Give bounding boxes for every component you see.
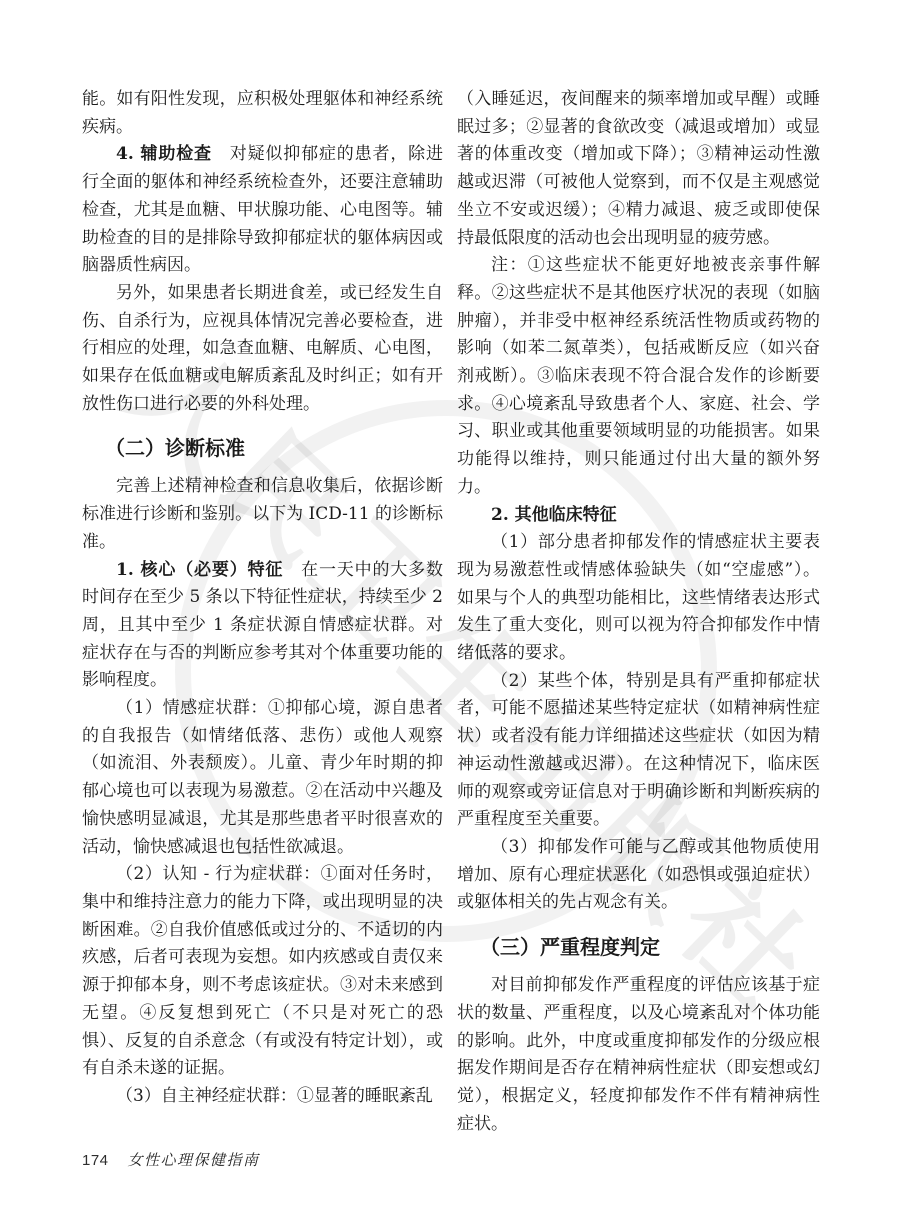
page-number: 174 — [82, 1152, 109, 1169]
text-run: 能。如有阳性发现，应积极处理躯体和神经系统疾病。 — [82, 89, 443, 137]
paragraph: 完善上述精神检查和信息收集后，依据诊断标准进行诊断和鉴别。以下为 ICD-11 … — [82, 473, 443, 556]
paragraph: 注：①这些症状不能更好地被丧亲事件解释。②这些症状不是其他医疗状况的表现（如脑肿… — [457, 252, 820, 501]
text-run: （1）部分患者抑郁发作的情感症状主要表现为易激惹性或情感体验缺失（如“空虚感”）… — [457, 532, 820, 663]
paragraph: （3）抑郁发作可能与乙醇或其他物质使用增加、原有心理症状恶化（如恐惧或强迫症状）… — [457, 834, 820, 917]
paragraph: 另外，如果患者长期进食差，或已经发生自伤、自杀行为，应视具体情况完善必要检查，进… — [82, 280, 443, 419]
text-run: 对目前抑郁发作严重程度的评估应该基于症状的数量、严重程度，以及心境紊乱对个体功能… — [457, 975, 820, 1134]
text-run: 完善上述精神检查和信息收集后，依据诊断标准进行诊断和鉴别。以下为 ICD-11 … — [82, 476, 443, 551]
text-run: （入睡延迟，夜间醒来的频率增加或早醒）或睡眠过多；②显著的食欲改变（减退或增加）… — [457, 89, 820, 248]
paragraph: （1）部分患者抑郁发作的情感症状主要表现为易激惹性或情感体验缺失（如“空虚感”）… — [457, 529, 820, 668]
section-heading: （二）诊断标准 — [82, 435, 443, 462]
text-run: （3）抑郁发作可能与乙醇或其他物质使用增加、原有心理症状恶化（如恐惧或强迫症状）… — [457, 837, 820, 912]
paragraph: （2）认知 - 行为症状群：①面对任务时，集中和维持注意力的能力下降，或出现明显… — [82, 861, 443, 1083]
book-page: 人民卫生出版社 能。如有阳性发现，应积极处理躯体和神经系统疾病。4. 辅助检查 … — [0, 0, 900, 1222]
section-heading: （三）严重程度判定 — [457, 934, 820, 961]
paragraph: 能。如有阳性发现，应积极处理躯体和神经系统疾病。 — [82, 86, 443, 141]
page-content: 能。如有阳性发现，应积极处理躯体和神经系统疾病。4. 辅助检查 对疑似抑郁症的患… — [82, 86, 820, 1138]
text-run: （1）情感症状群：①抑郁心境，源自患者的自我报告（如情绪低落、悲伤）或他人观察（… — [82, 698, 443, 857]
text-run: 另外，如果患者长期进食差，或已经发生自伤、自杀行为，应视具体情况完善必要检查，进… — [82, 283, 443, 414]
bold-text-run: （三）严重程度判定 — [480, 935, 660, 959]
bold-text-run: 4. 辅助检查 — [116, 144, 212, 164]
column-left: 能。如有阳性发现，应积极处理躯体和神经系统疾病。4. 辅助检查 对疑似抑郁症的患… — [82, 86, 443, 1138]
page-footer: 174 女性心理保健指南 — [82, 1149, 260, 1170]
paragraph: 1. 核心（必要）特征 在一天中的大多数时间存在至少 5 条以下特征性症状，持续… — [82, 557, 443, 696]
paragraph: 2. 其他临床特征 — [457, 502, 820, 530]
text-run: （2）认知 - 行为症状群：①面对任务时，集中和维持注意力的能力下降，或出现明显… — [82, 864, 443, 1078]
text-run: （3）自主神经症状群：①显著的睡眠紊乱 — [116, 1086, 433, 1106]
column-right: （入睡延迟，夜间醒来的频率增加或早醒）或睡眠过多；②显著的食欲改变（减退或增加）… — [457, 86, 820, 1138]
paragraph: 4. 辅助检查 对疑似抑郁症的患者，除进行全面的躯体和神经系统检查外，还要注意辅… — [82, 141, 443, 280]
text-run: （2）某些个体，特别是具有严重抑郁症状者，可能不愿描述某些特定症状（如精神病性症… — [457, 671, 820, 830]
bold-text-run: 2. 其他临床特征 — [491, 505, 617, 525]
running-book-title: 女性心理保健指南 — [128, 1149, 260, 1170]
paragraph: （2）某些个体，特别是具有严重抑郁症状者，可能不愿描述某些特定症状（如精神病性症… — [457, 668, 820, 834]
paragraph: （3）自主神经症状群：①显著的睡眠紊乱 — [82, 1083, 443, 1111]
paragraph: （入睡延迟，夜间醒来的频率增加或早醒）或睡眠过多；②显著的食欲改变（减退或增加）… — [457, 86, 820, 252]
bold-text-run: 1. 核心（必要）特征 — [116, 560, 283, 580]
paragraph: 对目前抑郁发作严重程度的评估应该基于症状的数量、严重程度，以及心境紊乱对个体功能… — [457, 972, 820, 1138]
paragraph: （1）情感症状群：①抑郁心境，源自患者的自我报告（如情绪低落、悲伤）或他人观察（… — [82, 695, 443, 861]
bold-text-run: （二）诊断标准 — [105, 436, 245, 460]
text-run: 注：①这些症状不能更好地被丧亲事件解释。②这些症状不是其他医疗状况的表现（如脑肿… — [457, 255, 820, 497]
